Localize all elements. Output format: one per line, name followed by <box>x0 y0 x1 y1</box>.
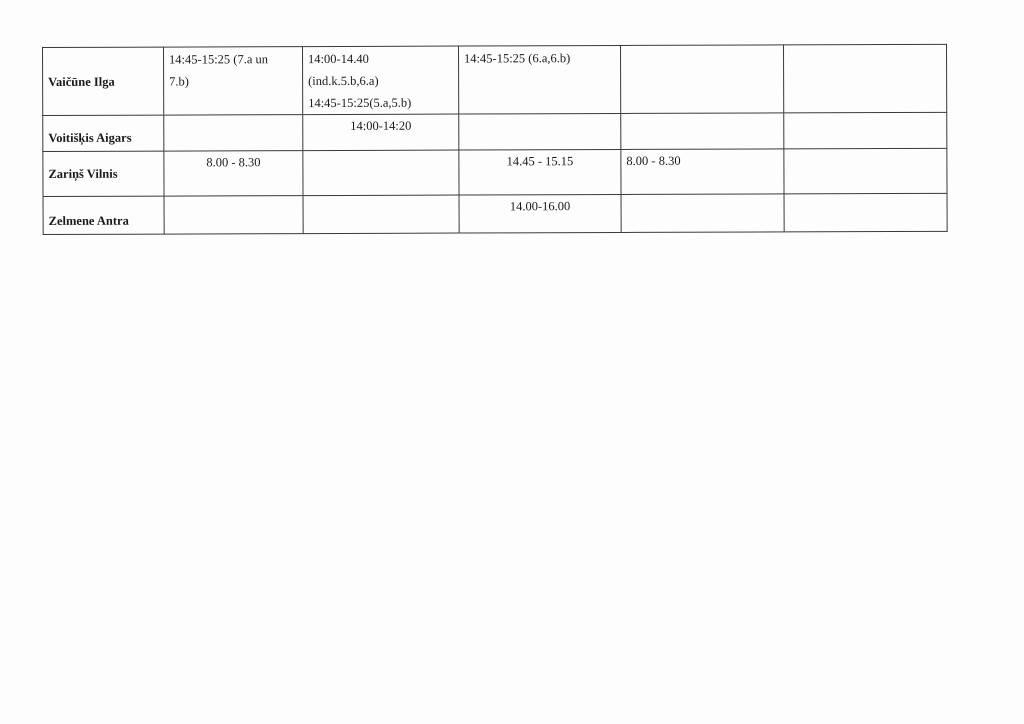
schedule-cell: 14.45 - 15.15 <box>459 149 621 195</box>
teacher-name: Zelmene Antra <box>43 196 164 234</box>
schedule-cell: 8.00 - 8.30 <box>621 149 784 195</box>
schedule-cell <box>620 45 783 114</box>
table-row: Zariņš Vilnis 8.00 - 8.30 14.45 - 15.15 … <box>43 148 947 196</box>
schedule-cell <box>621 113 784 150</box>
table-row: Vaičūne Ilga 14:45-15:25 (7.a un 7.b) 14… <box>43 44 947 115</box>
schedule-cell <box>784 112 947 149</box>
schedule-cell <box>459 113 621 150</box>
schedule-table: Vaičūne Ilga 14:45-15:25 (7.a un 7.b) 14… <box>42 44 948 235</box>
schedule-cell <box>303 150 459 196</box>
teacher-name: Vaičūne Ilga <box>43 47 164 115</box>
teacher-name: Voitišķis Aigars <box>43 115 164 151</box>
schedule-cell <box>621 194 784 233</box>
schedule-cell: 14:45-15:25 (6.a,6.b) <box>458 45 620 114</box>
schedule-cell <box>164 196 303 234</box>
schedule-cell: 14:00-14:20 <box>303 114 459 151</box>
schedule-cell <box>303 195 459 234</box>
teacher-name: Zariņš Vilnis <box>43 151 164 196</box>
schedule-cell <box>784 193 947 232</box>
table-row: Voitišķis Aigars 14:00-14:20 <box>43 112 947 151</box>
schedule-cell: 14:45-15:25 (7.a un 7.b) <box>164 47 303 115</box>
schedule-cell: 14:00-14.40 (ind.k.5.b,6.a) 14:45-15:25(… <box>303 46 459 115</box>
schedule-cell <box>164 115 303 151</box>
table-row: Zelmene Antra 14.00-16.00 <box>43 193 947 234</box>
schedule-cell <box>784 148 947 194</box>
schedule-cell: 14.00-16.00 <box>459 194 621 233</box>
schedule-cell: 8.00 - 8.30 <box>164 151 303 196</box>
schedule-cell <box>783 44 946 113</box>
